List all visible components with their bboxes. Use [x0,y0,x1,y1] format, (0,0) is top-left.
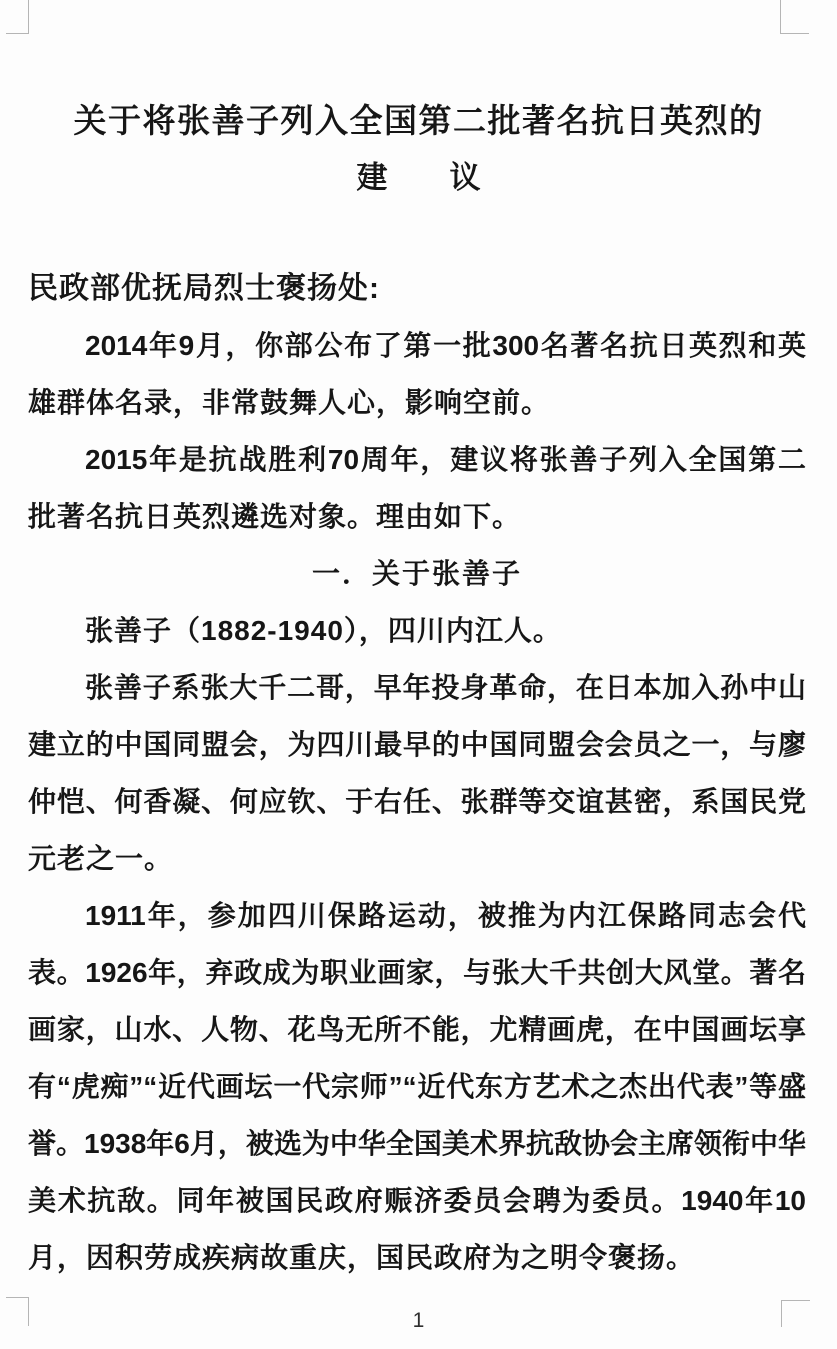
paragraph-line: 1911年，参加四川保路运动，被推为内江保路同志会代 [28,887,806,944]
page-number: 1 [0,1306,837,1336]
paragraph-line: 建立的中国同盟会，为四川最早的中国同盟会会员之一，与廖 [28,716,806,773]
document-page: 关于将张善子列入全国第二批著名抗日英烈的 建 议 民政部优抚局烈士褒扬处: 20… [0,0,837,1349]
document-title-line1: 关于将张善子列入全国第二批著名抗日英烈的 [0,92,837,149]
paragraph-line: 批著名抗日英烈遴选对象。理由如下。 [28,488,806,545]
salutation: 民政部优抚局烈士褒扬处: [28,260,806,317]
paragraph-line: 2015年是抗战胜利70周年，建议将张善子列入全国第二 [28,431,806,488]
text-boundary-mark-top-left [6,0,29,34]
paragraph-line: 画家，山水、人物、花鸟无所不能，尤精画虎，在中国画坛享 [28,1001,806,1058]
paragraph-line: 张善子系张大千二哥，早年投身革命，在日本加入孙中山 [28,659,806,716]
paragraph-line: 元老之一。 [28,830,806,887]
paragraph-line: 月，因积劳成疾病故重庆，国民政府为之明令褒扬。 [28,1229,806,1286]
paragraph-line: 张善子（1882-1940），四川内江人。 [28,602,806,659]
paragraph-line: 美术抗敌。同年被国民政府赈济委员会聘为委员。1940年10 [28,1172,806,1229]
paragraph-line: 有“虎痴”“近代画坛一代宗师”“近代东方艺术之杰出代表”等盛 [28,1058,806,1115]
paragraph-line: 誉。1938年6月，被选为中华全国美术界抗敌协会主席领衔中华 [28,1115,806,1172]
text-boundary-mark-top-right [780,0,809,34]
section-heading: 一．关于张善子 [28,545,806,602]
paragraph-line: 仲恺、何香凝、何应钦、于右任、张群等交谊甚密，系国民党 [28,773,806,830]
paragraph-line: 2014年9月，你部公布了第一批300名著名抗日英烈和英 [28,317,806,374]
paragraph-line: 雄群体名录，非常鼓舞人心，影响空前。 [28,374,806,431]
paragraph-line: 表。1926年，弃政成为职业画家，与张大千共创大风堂。著名 [28,944,806,1001]
document-body: 民政部优抚局烈士褒扬处: 2014年9月，你部公布了第一批300名著名抗日英烈和… [28,260,806,1286]
document-title-line2: 建 议 [0,149,837,206]
